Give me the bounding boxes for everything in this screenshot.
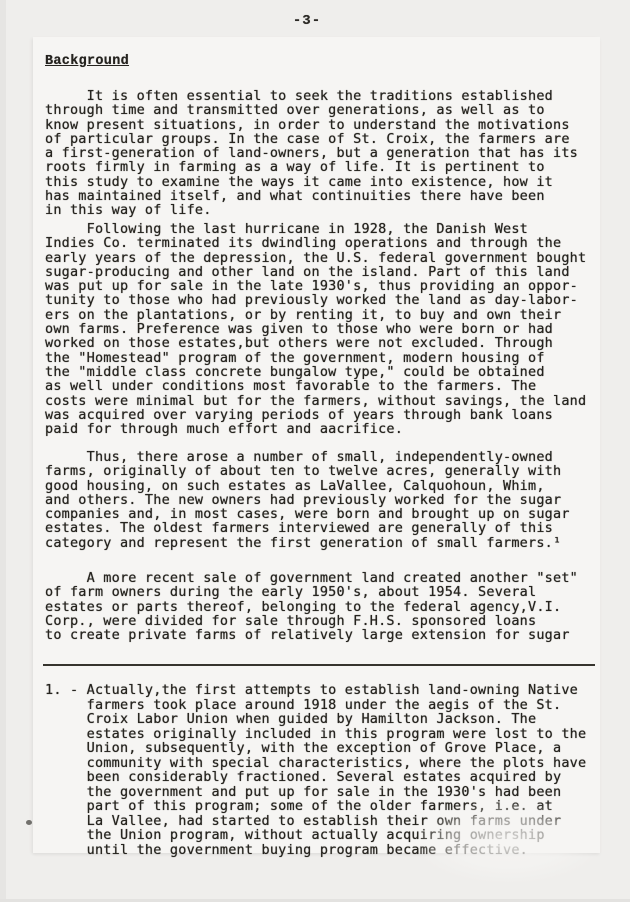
paragraph-1: It is often essential to seek the tradit… [45, 89, 578, 218]
page-number: -3- [0, 13, 614, 29]
paragraph-4: A more recent sale of government land cr… [45, 571, 578, 642]
section-heading: Background [45, 54, 129, 69]
paragraph-2: Following the last hurricane in 1928, th… [45, 222, 586, 436]
footnote-separator-rule [43, 664, 595, 666]
scan-left-edge [0, 0, 6, 902]
paragraph-3: Thus, there arose a number of small, ind… [45, 450, 570, 550]
footnote-1: 1. - Actually,the first attempts to esta… [45, 683, 586, 857]
page-sheet: Background It is often essential to seek… [33, 37, 600, 853]
scan-speck-artifact [26, 820, 32, 825]
